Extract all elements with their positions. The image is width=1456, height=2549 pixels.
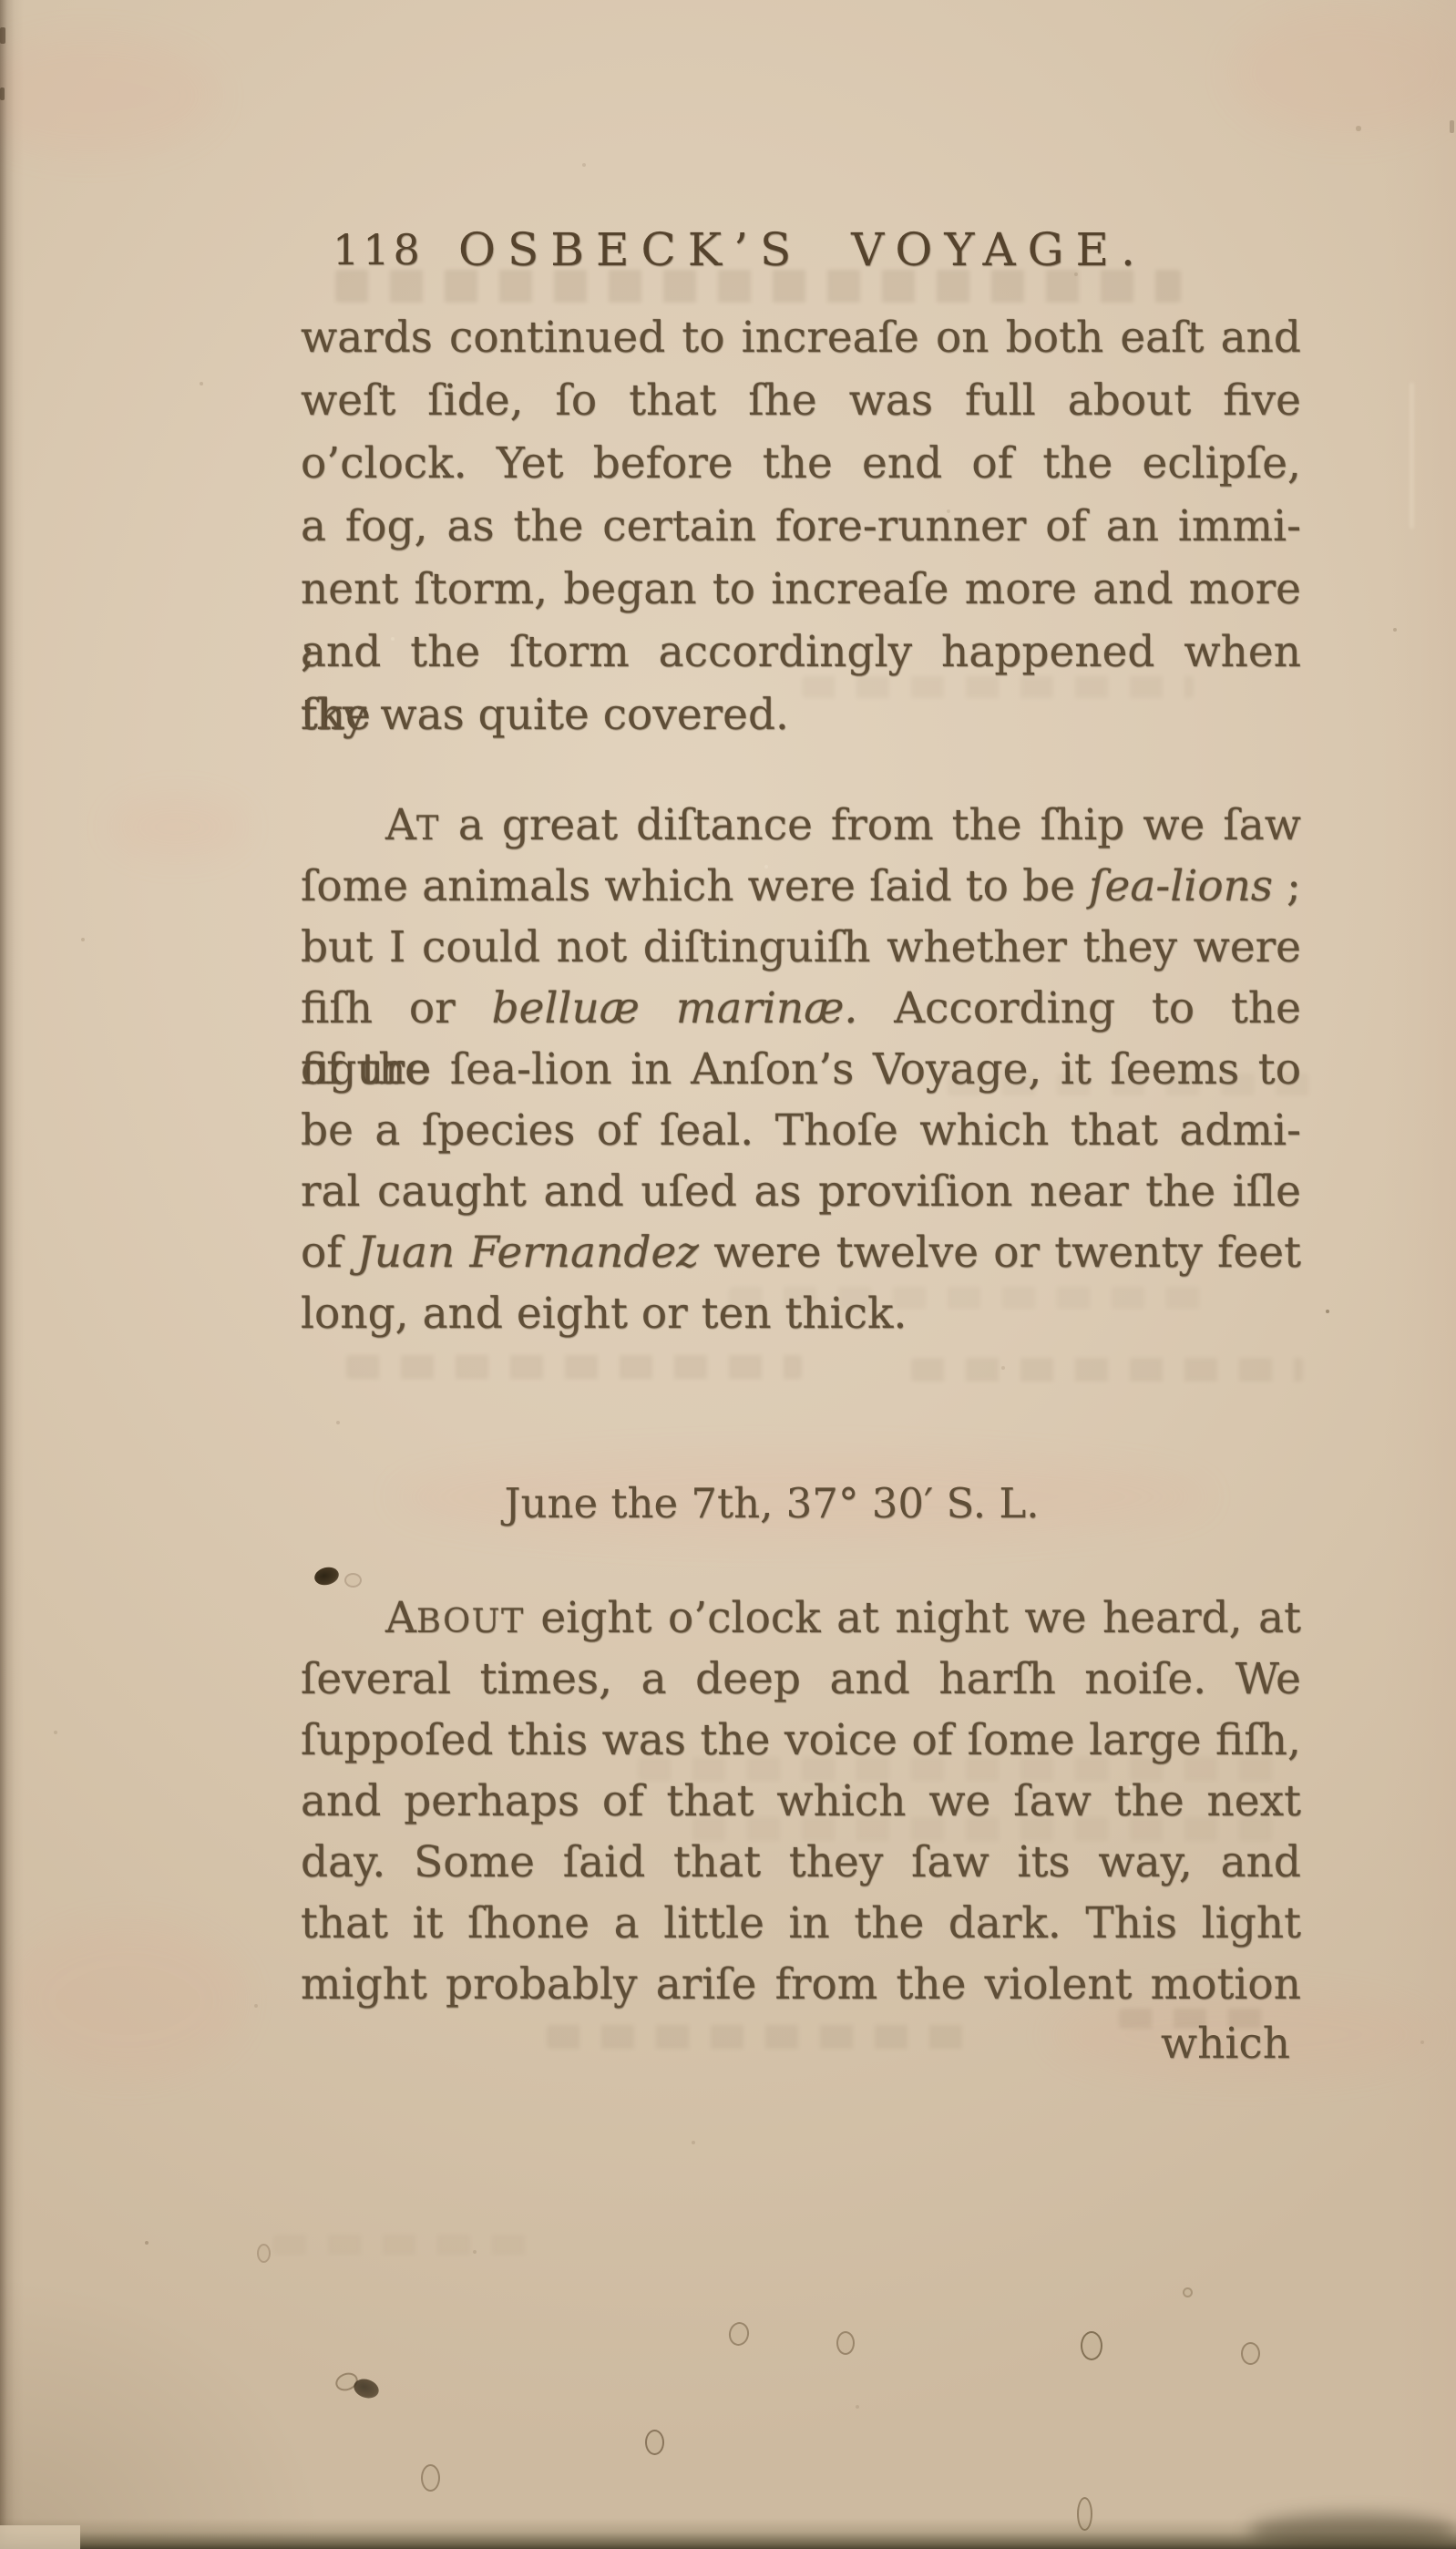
body-line: a fog, as the certain fore-runner of an … <box>301 495 1301 558</box>
body-line: ABOUT eight o’clock at night we heard, a… <box>301 1588 1301 1649</box>
pink-scan-tint <box>9 1923 246 2078</box>
paragraph-1: wards continued to increaſe on both eaſt… <box>301 306 1301 746</box>
lead-capital: A <box>385 1593 416 1643</box>
body-line: day. Some ſaid that they ſaw its way, an… <box>301 1832 1301 1893</box>
body-line: that it ſhone a little in the dark. This… <box>301 1893 1301 1954</box>
pink-scan-tint <box>109 797 246 857</box>
ink-speck <box>257 2244 271 2263</box>
bleedthrough-mark <box>346 1355 802 1379</box>
body-line: might probably ariſe from the violent mo… <box>301 1954 1301 2015</box>
scan-edge <box>0 2518 1456 2549</box>
body-line: ſky was quite covered. <box>301 684 1301 746</box>
book-page-scan: 118 OSBECK’S VOYAGE. wards continued to … <box>0 0 1456 2549</box>
catchword: which <box>301 2013 1290 2074</box>
scan-corner-shadow <box>0 2276 328 2549</box>
pink-scan-tint <box>0 36 219 155</box>
line-text: of <box>301 1228 357 1278</box>
body-line: of Juan Fernandez were twelve or twenty … <box>301 1222 1301 1283</box>
body-line: weſt ſide, ſo that ſhe was full about fi… <box>301 369 1301 432</box>
bleedthrough-mark <box>273 2235 547 2255</box>
paragraph-3: ABOUT eight o’clock at night we heard, a… <box>301 1588 1301 2015</box>
section-heading: June the 7th, 37° 30′ S. L. <box>272 1474 1272 1534</box>
ink-speck <box>836 2331 855 2355</box>
line-text: ; <box>1273 861 1301 911</box>
lead-capital: A <box>385 800 416 850</box>
line-text: were twelve or twenty feet <box>699 1228 1301 1278</box>
ink-speck <box>1183 2287 1193 2297</box>
body-line: ral caught and uſed as proviſion near th… <box>301 1161 1301 1222</box>
body-line: fiſh or belluæ marinæ. According to the … <box>301 978 1301 1039</box>
body-line: o’clock. Yet before the end of the eclip… <box>301 432 1301 495</box>
ink-speck <box>645 2430 664 2455</box>
bleedthrough-mark <box>911 1358 1303 1382</box>
body-line: ſeveral times, a deep and harſh noiſe. W… <box>301 1649 1301 1710</box>
ink-speck <box>1081 2331 1102 2360</box>
page-number: 118 <box>333 223 424 276</box>
line-text: a great diſtance from the ſhip we ſaw <box>440 800 1301 850</box>
line-text: eight o’clock at night we heard, at <box>525 1593 1301 1643</box>
small-caps-text: T <box>416 808 440 848</box>
body-line: nent ſtorm, began to increaſe more and m… <box>301 558 1301 621</box>
ink-speck <box>344 1573 362 1588</box>
scan-edge <box>0 0 24 2549</box>
body-line: long, and eight or ten thick. <box>301 1283 1301 1344</box>
italic-term: ſea-lions <box>1089 861 1273 911</box>
italic-term: Juan Fernandez <box>357 1228 699 1278</box>
body-line: and the ſtorm accordingly happened when … <box>301 621 1301 684</box>
paragraph-2: AT a great diſtance from the ſhip we ſaw… <box>301 795 1301 1344</box>
small-caps-text: BOUT <box>416 1601 525 1640</box>
ink-blot <box>313 1565 341 1588</box>
scan-edge <box>1383 0 1456 2549</box>
running-title: OSBECK’S VOYAGE. <box>458 221 1147 278</box>
italic-term: belluæ marinæ. <box>492 983 858 1033</box>
ink-speck <box>1241 2342 1260 2365</box>
body-line: and perhaps of that which we ſaw the nex… <box>301 1771 1301 1832</box>
ink-speck <box>421 2464 440 2492</box>
body-line: wards continued to increaſe on both eaſt… <box>301 306 1301 369</box>
body-line: AT a great diſtance from the ſhip we ſaw <box>301 795 1301 856</box>
ink-speck <box>727 2320 751 2347</box>
body-line: ſome animals which were ſaid to be ſea-l… <box>301 856 1301 917</box>
body-line: be a ſpecies of ſeal. Thoſe which that a… <box>301 1100 1301 1161</box>
scan-edge-gap <box>0 2525 80 2549</box>
line-text: fiſh or <box>301 983 492 1033</box>
page-header: 118 OSBECK’S VOYAGE. <box>0 221 1456 278</box>
body-line: ſuppoſed this was the voice of ſome larg… <box>301 1710 1301 1771</box>
body-line: but I could not diſtinguiſh whether they… <box>301 917 1301 978</box>
line-text: ſome animals which were ſaid to be <box>301 861 1089 911</box>
body-line: of the ſea-lion in Anſon’s Voyage, it ſe… <box>301 1039 1301 1100</box>
